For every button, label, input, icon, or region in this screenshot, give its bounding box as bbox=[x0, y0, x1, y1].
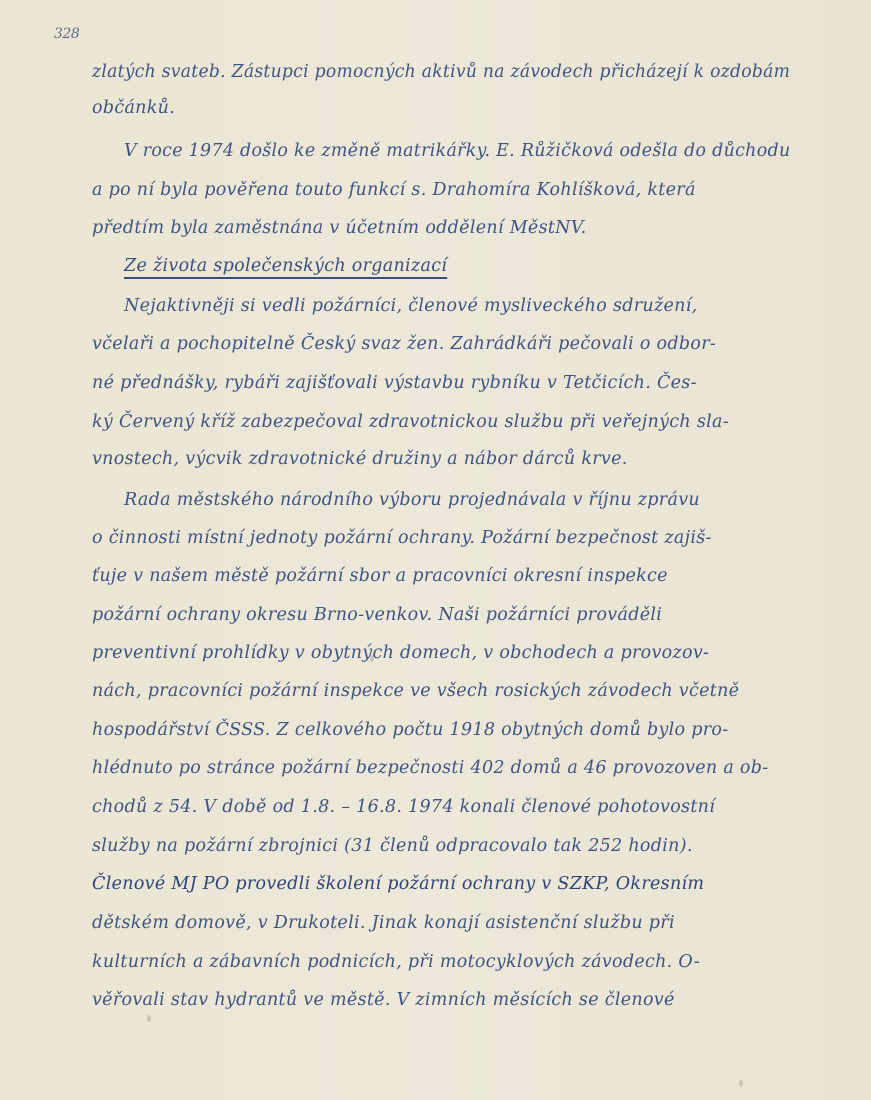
text-line: Členové MJ PO provedli školení požární o… bbox=[92, 874, 704, 894]
text-line: chodů z 54. V době od 1.8. – 16.8. 1974 … bbox=[92, 797, 715, 817]
text-line: V roce 1974 došlo ke změně matrikářky. E… bbox=[124, 141, 790, 161]
handwritten-document-page: 328 zlatých svateb. Zástupci pomocných a… bbox=[0, 0, 871, 1100]
section-heading: Ze života společenských organizací bbox=[124, 256, 447, 276]
text-line: včelaři a pochopitelně Český svaz žen. Z… bbox=[92, 334, 716, 354]
text-line: požární ochrany okresu Brno-venkov. Naši… bbox=[92, 605, 662, 625]
text-line: ký Červený kříž zabezpečoval zdravotnick… bbox=[92, 412, 729, 432]
text-line: předtím byla zaměstnána v účetním odděle… bbox=[92, 218, 587, 238]
text-line: Rada městského národního výboru projedná… bbox=[124, 490, 700, 510]
text-line: preventivní prohlídky v obytných domech,… bbox=[92, 643, 709, 663]
text-line: o činnosti místní jednoty požární ochran… bbox=[92, 528, 712, 548]
text-line: vnostech, výcvik zdravotnické družiny a … bbox=[92, 449, 628, 469]
text-line: nách, pracovníci požární inspekce ve vše… bbox=[92, 681, 739, 701]
text-line: občánků. bbox=[92, 98, 175, 118]
page-number: 328 bbox=[54, 26, 79, 42]
text-line: a po ní byla pověřena touto funkcí s. Dr… bbox=[92, 180, 696, 200]
text-line: Nejaktivněji si vedli požárníci, členové… bbox=[124, 296, 697, 316]
text-line: kulturních a zábavních podnicích, při mo… bbox=[92, 952, 700, 972]
text-line: né přednášky, rybáři zajišťovali výstavb… bbox=[92, 373, 697, 393]
text-line: hlédnuto po stránce požární bezpečnosti … bbox=[92, 758, 768, 778]
text-line: hospodářství ČSSS. Z celkového počtu 191… bbox=[92, 720, 728, 740]
text-line: služby na požární zbrojnici (31 členů od… bbox=[92, 836, 693, 856]
text-line: dětském domově, v Drukoteli. Jinak konaj… bbox=[92, 913, 675, 933]
text-line: věřovali stav hydrantů ve městě. V zimní… bbox=[92, 990, 675, 1010]
paper-spot bbox=[739, 1080, 743, 1087]
paper-spot bbox=[370, 655, 374, 662]
text-line: zlatých svateb. Zástupci pomocných aktiv… bbox=[92, 62, 790, 82]
text-line: ťuje v našem městě požární sbor a pracov… bbox=[92, 566, 668, 586]
paper-spot bbox=[147, 1015, 151, 1022]
